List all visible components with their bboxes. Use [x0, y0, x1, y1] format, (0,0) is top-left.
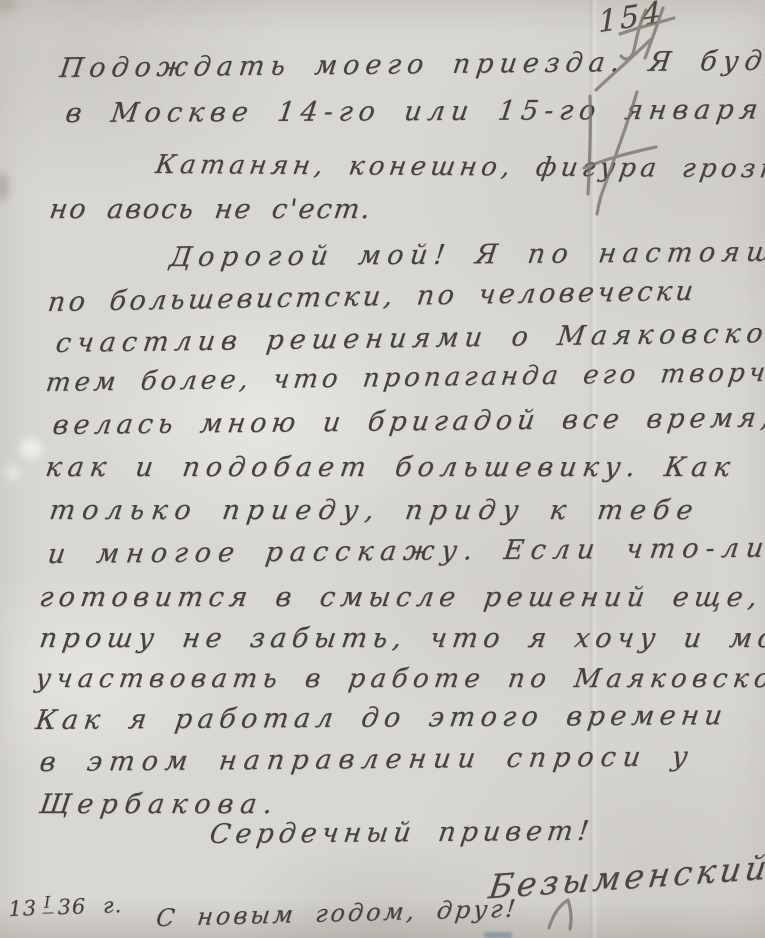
date: 13I36 г.: [8, 892, 123, 922]
paper-stain: [6, 466, 20, 480]
postscript-new-year-greeting: С новым годом, друг!: [155, 894, 520, 934]
letter-line: Щербакова.: [37, 788, 281, 822]
letter-line: как и подобает большевику. Как: [43, 451, 738, 485]
letter-line: прошу не забыть, что я хочу и могу: [37, 622, 765, 656]
paper-stain: [20, 438, 42, 460]
page-number: 154: [598, 0, 664, 42]
paper-stain: [0, 172, 9, 202]
letter-line: и многое расскажу. Если что-либо: [46, 531, 765, 572]
pencil-bottom-mark: [549, 900, 568, 928]
date-month-roman: I: [42, 892, 54, 913]
paper-stain: [0, 0, 16, 12]
letter-line: только приеду, приду к тебе: [47, 494, 702, 528]
letter-line: Дорогой мой! Я по настоящему,: [168, 235, 765, 275]
letter-line: Как я работал до этого времени: [33, 699, 729, 738]
letter-line: Катанян, конешно, фигура грозная,: [153, 149, 765, 186]
date-day: 13: [8, 896, 38, 921]
letter-line: в этом направлении спроси у: [38, 740, 697, 780]
letter-line: велась мною и бригадой все время,: [51, 401, 765, 442]
letter-line: счастлив решениями о Маяковском,: [54, 316, 765, 360]
paper-stain: [484, 932, 512, 938]
letter-line: готовится в смысле решений еще,: [37, 581, 764, 615]
letter-line: Сердечный привет!: [208, 815, 596, 852]
letter-page: 154 Подождать моего приезда. Я будув Мос…: [0, 0, 765, 938]
signature: Безыменский: [486, 846, 765, 907]
pencil-bottom-mark: [568, 900, 571, 929]
letter-line: участвовать в работе по Маяковскому.: [33, 663, 765, 696]
letter-line: тем более, что пропаганда его творчества: [44, 355, 765, 399]
letter-line: но авось не с'ест.: [47, 193, 374, 227]
letter-line: в Москве 14-го или 15-го января.: [63, 93, 765, 131]
letter-line: по большевистски, по человечески: [46, 275, 699, 320]
letter-line: Подождать моего приезда. Я буду: [58, 44, 765, 85]
date-year: 36 г.: [57, 893, 122, 919]
